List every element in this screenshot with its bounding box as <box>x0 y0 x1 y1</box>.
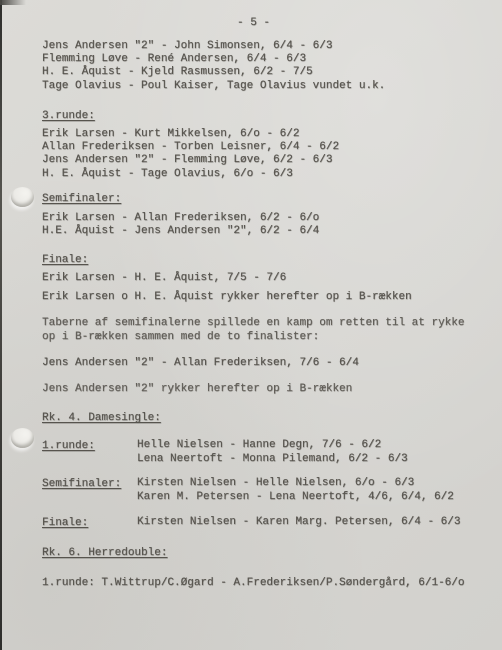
match-result-line: Tage Olavius - Poul Kaiser, Tage Olavius… <box>42 80 385 93</box>
match-result-line: H. E. Åquist - Tage Olavius, 6/o - 6/3 <box>42 168 293 181</box>
promotion-note: Erik Larsen o H. E. Åquist rykker hereft… <box>42 291 412 304</box>
match-result-line: Jens Andersen "2" - John Simonsen, 6/4 -… <box>42 40 332 53</box>
match-result-line: Helle Nielsen - Hanne Degn, 7/6 - 6/2 <box>137 439 381 452</box>
page-number: - 5 - <box>237 17 270 30</box>
section-heading-herredouble: Rk. 6. Herredouble: <box>42 547 167 560</box>
punch-hole-bottom <box>11 428 34 448</box>
round-label-1-runde: 1.runde: <box>42 440 95 453</box>
match-result-line: Karen M. Petersen - Lena Neertoft, 4/6, … <box>137 491 454 504</box>
match-result-line: Allan Frederiksen - Torben Leisner, 6/4 … <box>42 141 339 154</box>
page-left-edge-shadow <box>0 0 2 650</box>
match-result-line: H. E. Åquist - Kjeld Rasmussen, 6/2 - 7/… <box>42 66 313 79</box>
section-heading-finale: Finale: <box>42 254 88 267</box>
promotion-note: Jens Andersen "2" rykker herefter op i B… <box>42 383 352 396</box>
punch-hole-top <box>11 187 34 207</box>
section-heading-3-runde: 3.runde: <box>42 110 95 123</box>
match-result-line: Erik Larsen - Kurt Mikkelsen, 6/o - 6/2 <box>42 128 299 141</box>
match-result-line: Erik Larsen - H. E. Åquist, 7/5 - 7/6 <box>42 272 286 285</box>
section-heading-damesingle: Rk. 4. Damesingle: <box>42 412 161 425</box>
page-top-corner-shadow <box>0 0 26 5</box>
match-result-line: Jens Andersen "2" - Flemming Løve, 6/2 -… <box>42 154 332 167</box>
section-heading-semifinaler: Semifinaler: <box>42 193 121 206</box>
round-label-semifinaler: Semifinaler: <box>42 478 121 491</box>
match-result-line: Kirsten Nielsen - Karen Marg. Petersen, … <box>137 516 460 529</box>
match-result-line: Jens Andersen "2" - Allan Frederiksen, 7… <box>42 357 359 370</box>
round-label-finale: Finale: <box>42 517 88 530</box>
scanned-document-page: - 5 - Jens Andersen "2" - John Simonsen,… <box>0 0 502 650</box>
match-result-line: Flemming Løve - René Andersen, 6/4 - 6/3 <box>42 53 306 66</box>
match-result-line: Lena Neertoft - Monna Pilemand, 6/2 - 6/… <box>137 453 408 466</box>
paragraph-line: op i B-rækken sammen med de to finaliste… <box>42 331 319 344</box>
match-result-line: 1.runde: T.Wittrup/C.Øgard - A.Frederiks… <box>42 577 464 590</box>
match-result-line: H.E. Åquist - Jens Andersen "2", 6/2 - 6… <box>42 225 319 238</box>
match-result-line: Kirsten Nielsen - Helle Nielsen, 6/o - 6… <box>137 477 414 490</box>
paragraph-line: Taberne af semifinalerne spillede en kam… <box>42 317 464 330</box>
match-result-line: Erik Larsen - Allan Frederiksen, 6/2 - 6… <box>42 212 319 225</box>
